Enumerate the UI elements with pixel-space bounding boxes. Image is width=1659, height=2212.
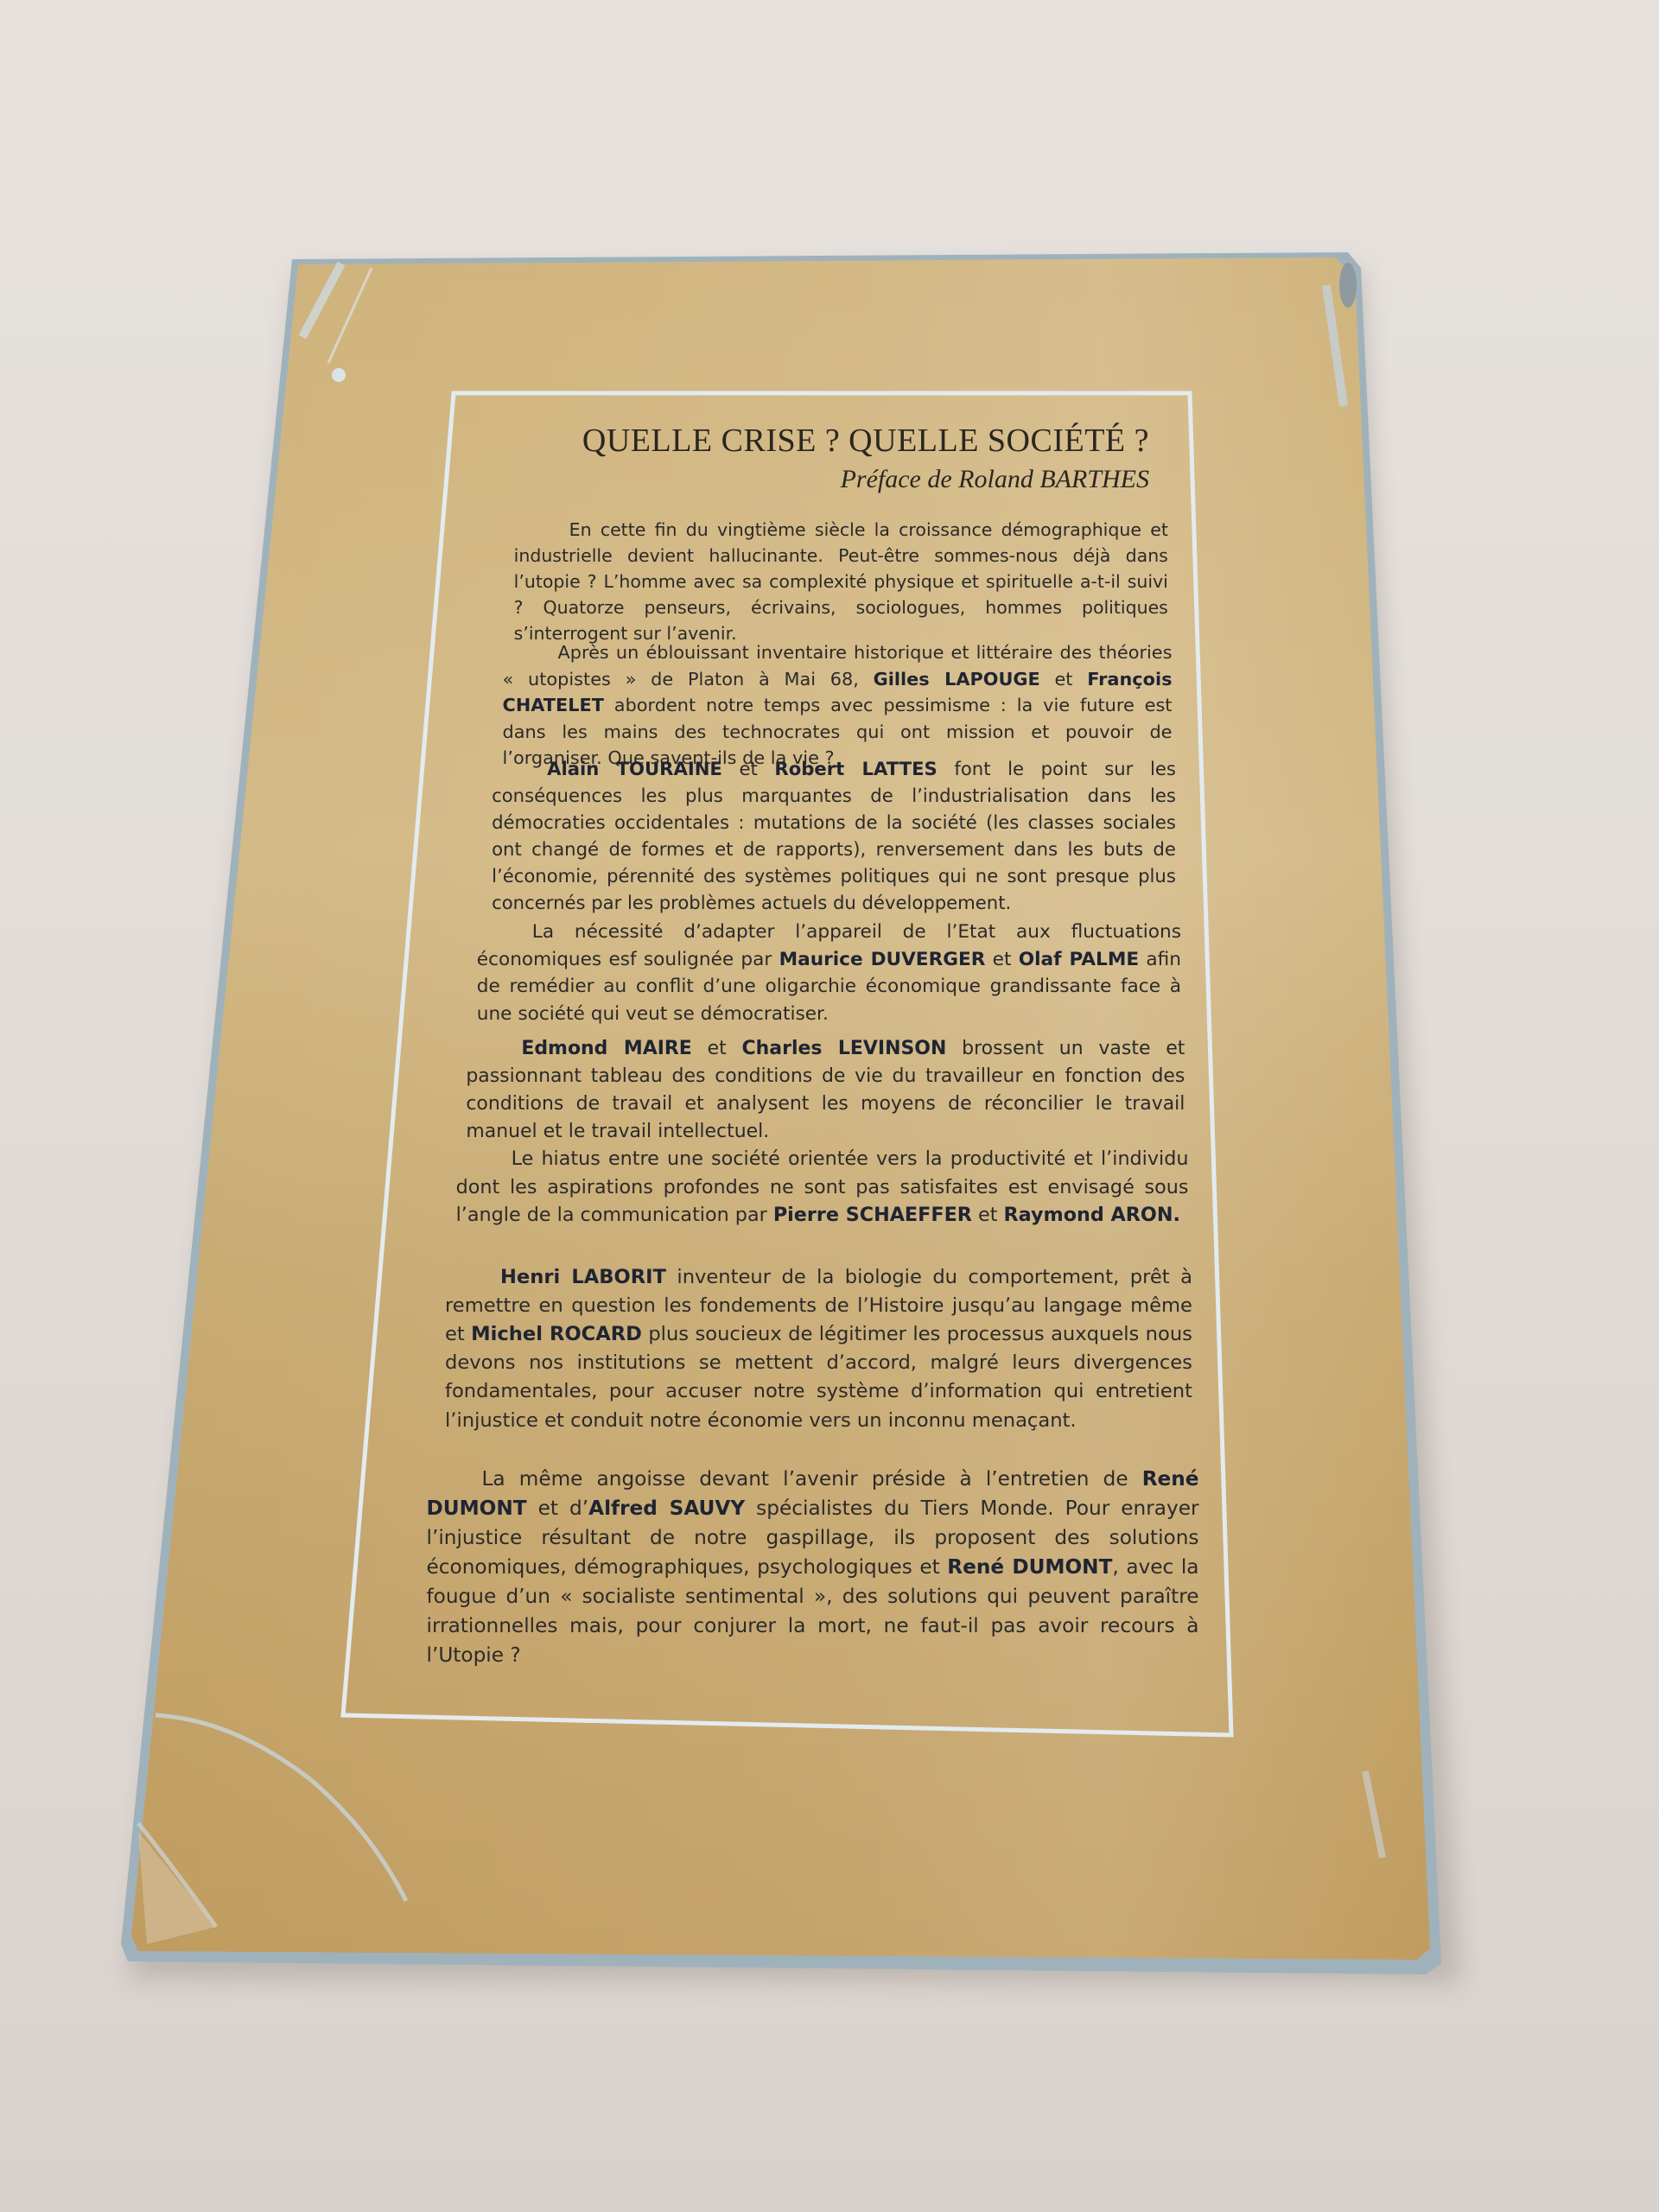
contributor-name: Charles LEVINSON	[742, 1038, 947, 1059]
blurb-paragraph: Après un éblouissant inventaire historiq…	[503, 639, 1173, 772]
contributor-name: Olaf PALME	[1019, 949, 1139, 970]
blurb-paragraph: La même angoisse devant l’avenir préside…	[427, 1465, 1199, 1670]
contributor-name: Pierre SCHAEFFER	[773, 1204, 972, 1226]
blurb-paragraph: La nécessité d’adapter l’appareil de l’E…	[477, 918, 1181, 1028]
book-subtitle: Préface de Roland BARTHES	[553, 465, 1149, 494]
blurb-paragraph: Alain TOURAINE et Robert LATTES font le …	[492, 756, 1176, 917]
contributor-name: René DUMONT	[947, 1555, 1112, 1579]
contributor-name: François CHATELET	[503, 669, 1173, 716]
contributor-name: Alfred SAUVY	[588, 1497, 745, 1520]
blurb-paragraph: Henri LABORIT inventeur de la biologie d…	[445, 1263, 1192, 1435]
contributor-name: René DUMONT	[427, 1467, 1199, 1520]
cover-text-block: QUELLE CRISE ? QUELLE SOCIÉTÉ ? Préface …	[0, 0, 1659, 2212]
contributor-name: Gilles LAPOUGE	[874, 669, 1040, 690]
book-title: QUELLE CRISE ? QUELLE SOCIÉTÉ ?	[553, 422, 1149, 460]
contributor-name: Maurice DUVERGER	[779, 949, 986, 970]
blurb-paragraph: Le hiatus entre une société orientée ver…	[456, 1145, 1189, 1230]
contributor-name: Henri LABORIT	[500, 1266, 666, 1288]
blurb-paragraph: En cette fin du vingtième siècle la croi…	[514, 517, 1168, 646]
contributor-name: Raymond ARON.	[1004, 1204, 1180, 1226]
blurb-paragraph: Edmond MAIRE et Charles LEVINSON brossen…	[466, 1035, 1185, 1147]
contributor-name: Robert LATTES	[774, 758, 937, 779]
contributor-name: Alain TOURAINE	[547, 758, 722, 779]
contributor-name: Michel ROCARD	[471, 1323, 642, 1345]
photo-scene: QUELLE CRISE ? QUELLE SOCIÉTÉ ? Préface …	[0, 0, 1659, 2212]
contributor-name: Edmond MAIRE	[521, 1038, 692, 1059]
